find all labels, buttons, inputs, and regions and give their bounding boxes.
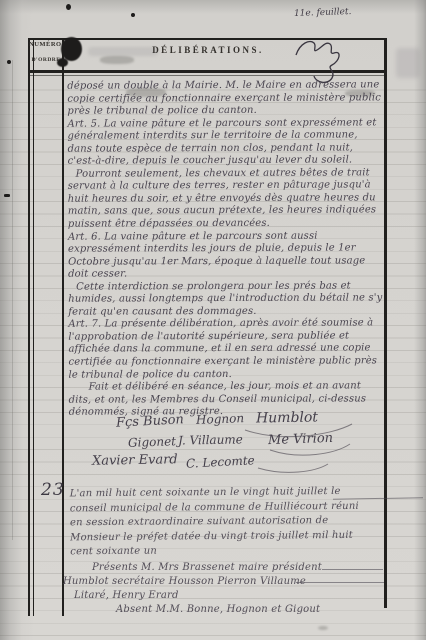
signature: Xavier Evard: [92, 452, 178, 468]
ink-speck: [7, 60, 11, 64]
table-left-border-outer: [28, 38, 30, 616]
deliberation-text: déposé un double à la Mairie. M. le Mair…: [67, 79, 384, 419]
ink-speck: [4, 194, 10, 197]
table-left-border-inner: [33, 38, 34, 616]
attendance-names-line: Litaré, Henry Erard: [74, 590, 179, 601]
attendance-names-line: Humblot secrétaire Housson Pierron Villa…: [63, 576, 306, 587]
paragraph-continuation: déposé un double à la Mairie. M. le Mair…: [67, 79, 383, 118]
entry-number: 23: [41, 480, 65, 500]
table-right-border: [384, 38, 387, 608]
signature: Gigonet: [128, 434, 176, 450]
line-filler-dash: [322, 569, 383, 570]
stray-stroke: [333, 497, 423, 500]
attendance-absents-line: Absent M.M. Bonne, Hognon et Gigout: [116, 604, 320, 615]
scanned-register-page: NUMÉROS D'ORDRE DÉLIBÉRATIONS. 11e. feui…: [0, 0, 426, 640]
folio-annotation: 11e. feuillet.: [294, 7, 352, 19]
entry-body-text: L'an mil huit cent soixante un le vingt …: [70, 485, 373, 560]
ink-blot-small: [57, 58, 68, 67]
line-filler-dash: [296, 582, 384, 583]
paragraph-art7: Art. 7. La présente délibération, après …: [68, 318, 384, 382]
paragraph-pourront: Pourront seulement, les chevaux et autre…: [68, 167, 384, 231]
attendance-presents-line: Présents M. Mrs Brassenet maire présiden…: [92, 562, 322, 573]
paragraph-art5: Art. 5. La vaine pâture et le parcours s…: [67, 117, 383, 169]
signature: Hognon: [196, 411, 245, 427]
page-fold-line: [12, 60, 13, 540]
ink-speck: [131, 13, 135, 17]
smudge: [100, 56, 134, 64]
margin-bleedthrough-ghost: [396, 48, 420, 78]
numeros-column-divider: [62, 38, 64, 616]
ink-speck: [66, 4, 71, 10]
paragraph-cette-interdiction: Cette interdiction se prolongera pour le…: [68, 280, 384, 319]
signature: Fçs Buson: [116, 412, 185, 431]
paragraph-art6: Art. 6. La vaine pâture et le parcours s…: [68, 230, 384, 282]
signature: J. Villaume: [178, 432, 243, 447]
signature-flourish: [240, 416, 360, 476]
numeros-column-header: NUMÉROS: [29, 41, 63, 48]
smudge: [318, 626, 328, 630]
ink-bleedthrough-ghost: [88, 47, 158, 56]
